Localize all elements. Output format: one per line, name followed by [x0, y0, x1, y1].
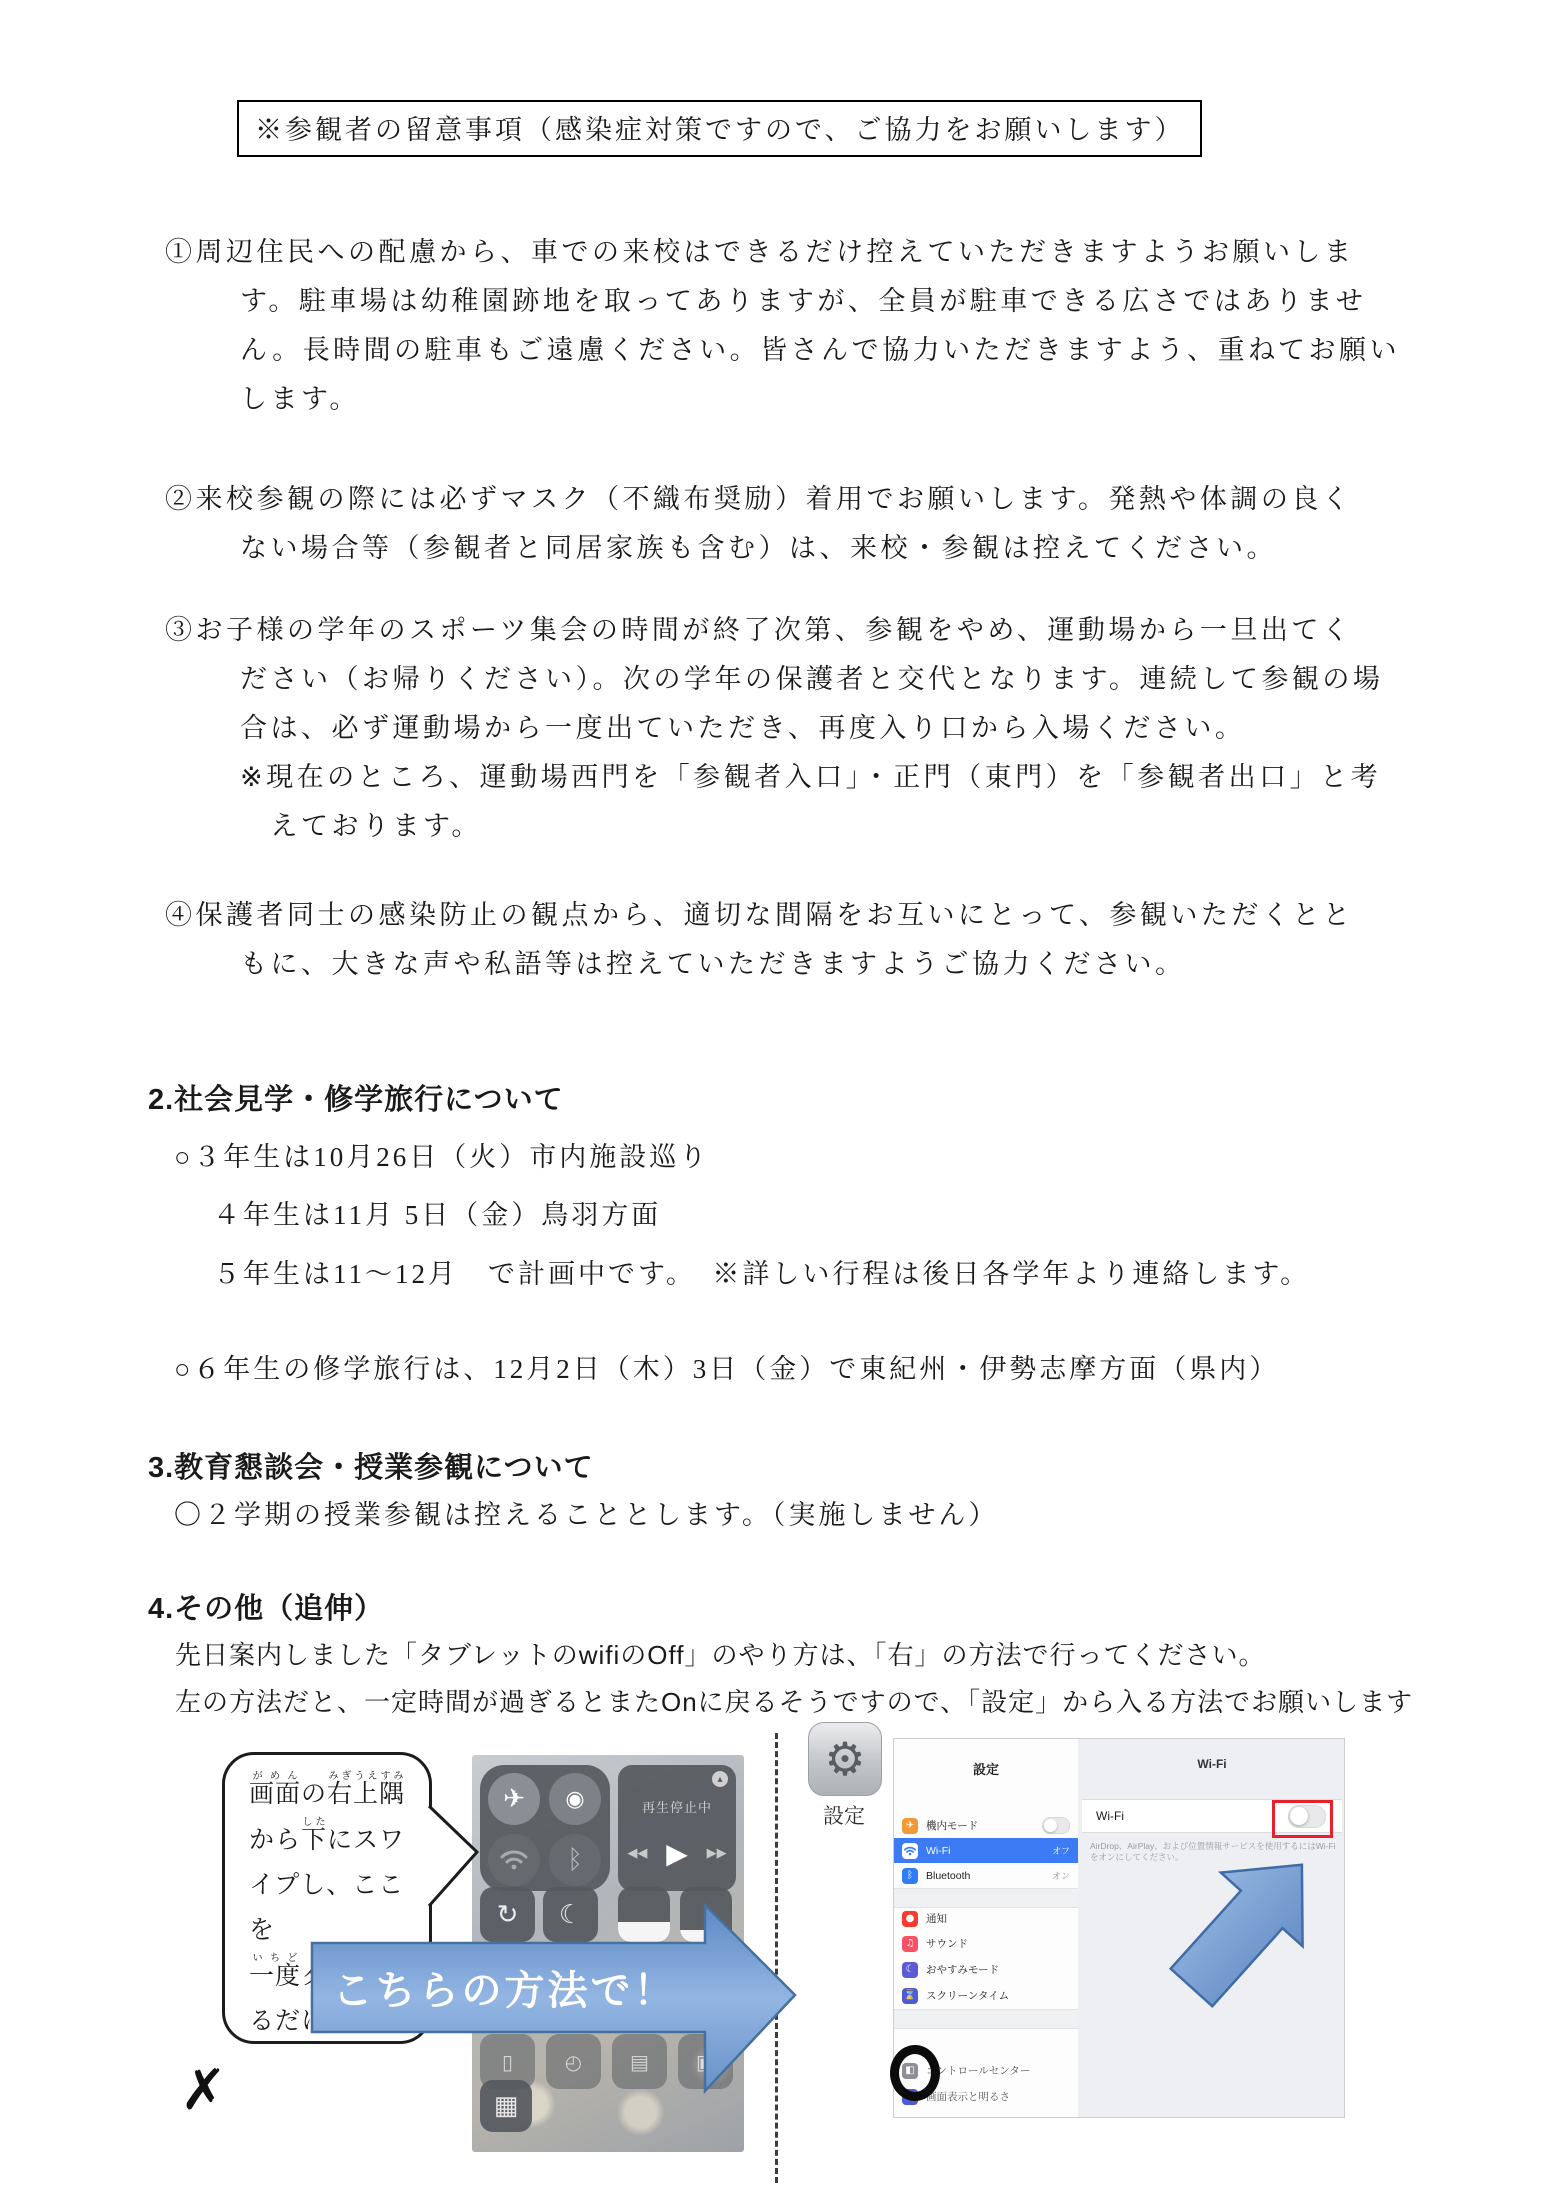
section4-line1: 先日案内しました「タブレットのwifiのOff」のやり方は、「右」の方法で行って… [175, 1635, 1265, 1672]
paragraph-3: ③お子様の学年のスポーツ集会の時間が終了次第、参観をやめ、運動場から一旦出てく … [165, 606, 1530, 851]
correct-o-mark [890, 2045, 940, 2101]
notifications-icon: ● [902, 1911, 918, 1927]
settings-app-label: 設定 [800, 1800, 888, 1830]
previous-track-icon: ◀◀ [627, 1846, 647, 1861]
wifi-panel-title: Wi-Fi [1078, 1757, 1345, 1771]
section2-heading: 2.社会見学・修学旅行について [148, 1077, 564, 1118]
bluetooth-status-badge: オン [1052, 1869, 1070, 1882]
sidebar-item-airplane-mode: ✈ 機内モード [894, 1813, 1078, 1838]
sidebar-item-sounds: ♫ サウンド [894, 1931, 1078, 1956]
paragraph-2: ②来校参観の際には必ずマスク（不織布奨励）着用でお願いします。発熱や体調の良く … [165, 475, 1530, 573]
sounds-icon: ♫ [902, 1936, 918, 1952]
notice-box: ※参観者の留意事項（感染症対策ですので、ご協力をお願いします） [237, 100, 1202, 157]
section4-heading: 4.その他（追伸） [148, 1586, 384, 1627]
paragraph-4: ④保護者同士の感染防止の観点から、適切な間隔をお互いにとって、参観いただくとと … [165, 891, 1530, 989]
wifi-icon [902, 1843, 918, 1859]
section4-line2: 左の方法だと、一定時間が過ぎるとまたOnに戻るそうですので、「設定」から入る方法… [175, 1682, 1413, 1719]
section2-line2: ４年生は11月 5日（金）鳥羽方面 [213, 1193, 661, 1232]
sidebar-gap [894, 2009, 1078, 2029]
pointer-arrow [1145, 1843, 1345, 2015]
sidebar-item-screen-time: ⌛ スクリーンタイム [894, 1983, 1078, 2008]
wifi-row-label: Wi-Fi [1096, 1809, 1124, 1823]
wifi-icon [488, 1834, 540, 1886]
banner-label: こちらの方法で！ [312, 1943, 697, 2032]
airplane-mode-icon: ✈ [902, 1818, 918, 1834]
paragraph-1: ①周辺住民への配慮から、車での来校はできるだけ控えていただきますようお願いしま … [165, 228, 1530, 424]
document-page: ※参観者の留意事項（感染症対策ですので、ご協力をお願いします） ①周辺住民への配… [0, 0, 1545, 2186]
airplane-mode-icon: ✈ [488, 1773, 540, 1825]
wifi-status-badge: オフ [1052, 1844, 1070, 1857]
section3-line1: 〇２学期の授業参観は控えることとします。（実施しません） [174, 1493, 998, 1532]
play-icon: ▶ [666, 1837, 688, 1870]
sidebar-item-bluetooth: ᛒ Bluetooth オン [894, 1863, 1078, 1888]
red-highlight-box [1272, 1800, 1333, 1838]
airplane-toggle [1042, 1817, 1070, 1834]
cellular-icon: ◉ [549, 1773, 601, 1825]
now-playing-status: 再生停止中 [618, 1797, 736, 1816]
section3-heading: 3.教育懇談会・授業参観について [148, 1445, 594, 1486]
airplay-icon: ▴ [712, 1771, 728, 1787]
connectivity-group: ✈ ◉ ᛒ [480, 1765, 610, 1891]
bluetooth-icon: ᛒ [902, 1868, 918, 1884]
sidebar-item-wifi: Wi-Fi オフ [894, 1838, 1078, 1863]
section2-line4: ○６年生の修学旅行は、12月2日（木）3日（金）で東紀州・伊勢志摩方面（県内） [174, 1347, 1279, 1386]
sidebar-gap [894, 1888, 1078, 1908]
now-playing-tile: ▴ 再生停止中 ◀◀ ▶ ▶▶ [618, 1765, 736, 1891]
do-not-disturb-icon: ☾ [902, 1962, 918, 1978]
bluetooth-icon: ᛒ [549, 1834, 601, 1886]
sidebar-title: 設定 [894, 1759, 1078, 1778]
section2-line3: ５年生は11～12月 で計画中です。 ※詳しい行程は後日各学年より連絡します。 [213, 1252, 1310, 1291]
sidebar-item-notifications: ● 通知 [894, 1906, 1078, 1931]
screen-time-icon: ⌛ [902, 1988, 918, 2004]
bubble-line-2: から下したにスワ [249, 1817, 429, 1863]
sidebar-item-do-not-disturb: ☾ おやすみモード [894, 1957, 1078, 1982]
settings-app-icon: ⚙ [808, 1722, 882, 1796]
bubble-line-1: 画面がめんの右上隅みぎうえすみ [249, 1771, 429, 1817]
section2-line1: ○３年生は10月26日（火）市内施設巡り [174, 1135, 709, 1174]
next-track-icon: ▶▶ [707, 1846, 727, 1861]
wrong-x-mark: ✗ [180, 2058, 227, 2123]
